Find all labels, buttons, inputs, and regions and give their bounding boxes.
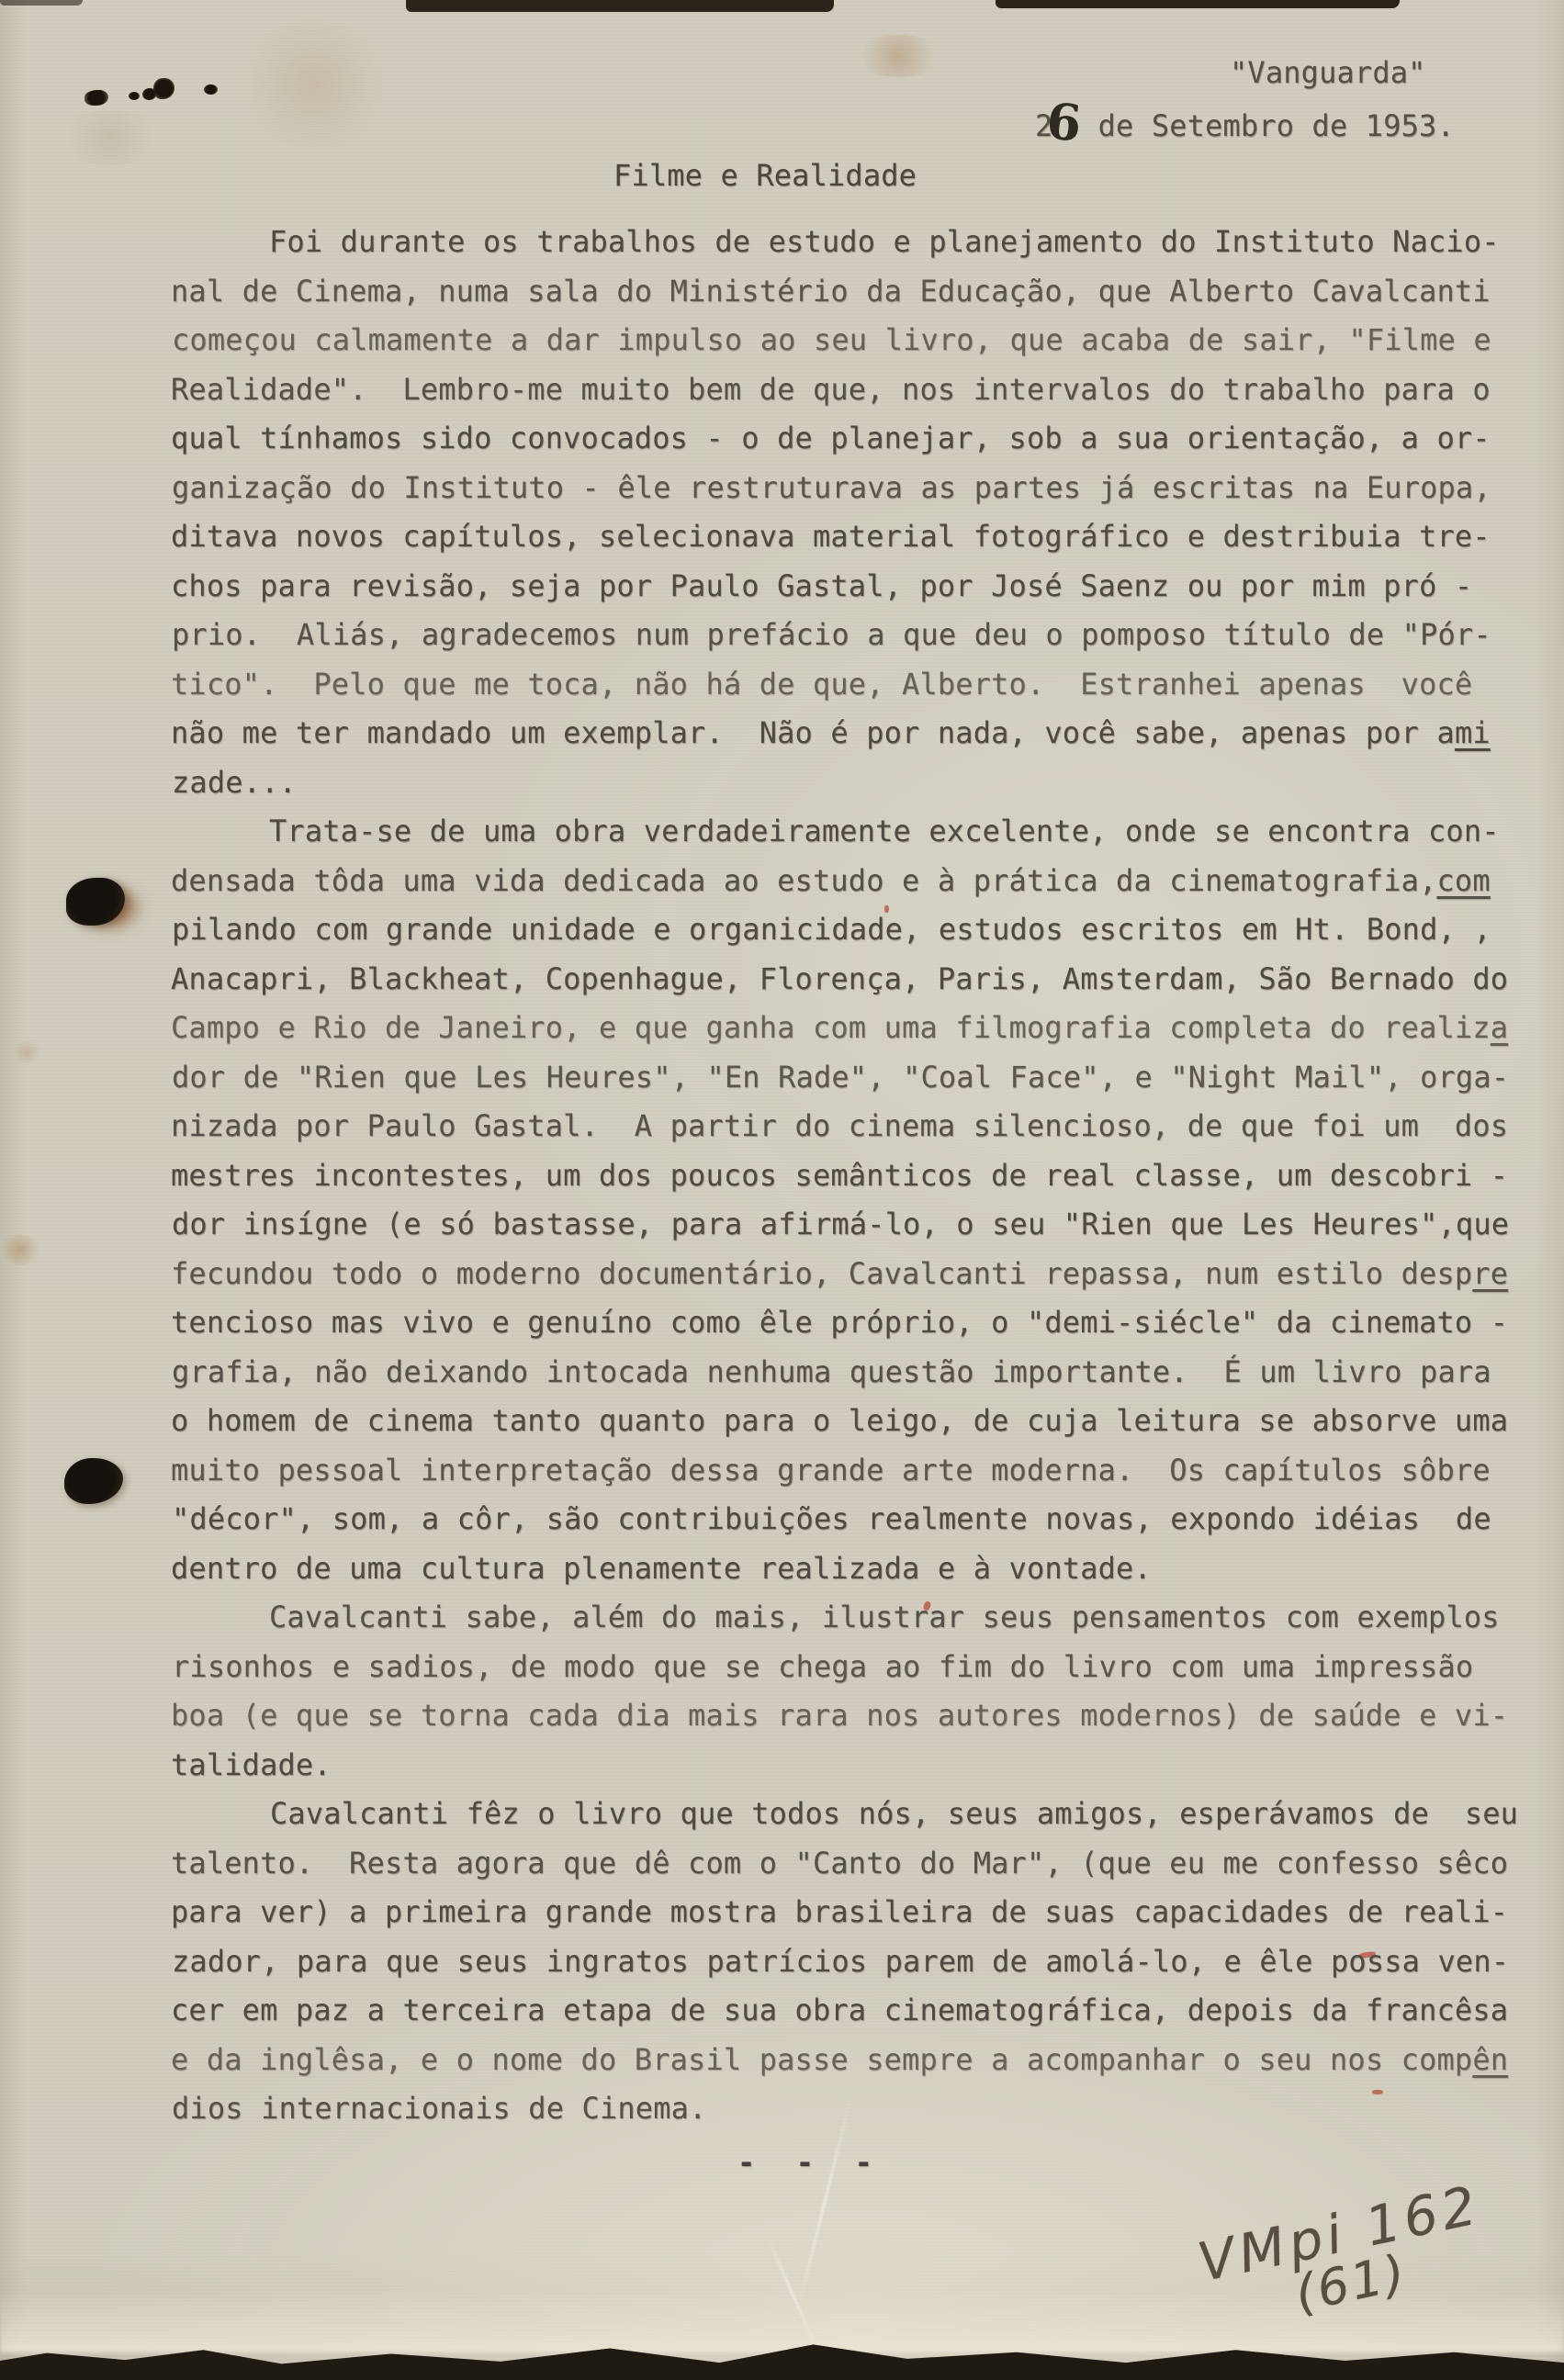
document-body: Foi durante os trabalhos de estudo e pla…	[171, 224, 1516, 2140]
text-line: Campo e Rio de Janeiro, e que ganha com …	[171, 1010, 1516, 1060]
text-line: dor insígne (e só bastasse, para afirmá-…	[172, 1207, 1517, 1256]
ink-blot	[64, 1458, 123, 1504]
text-line: cer em paz a terceira etapa de sua obra …	[171, 1993, 1516, 2042]
scan-edge-top	[0, 0, 83, 6]
text-line: o homem de cinema tanto quanto para o le…	[171, 1403, 1516, 1453]
date-rest: de Setembro de 1953.	[1080, 108, 1455, 143]
text-line: "décor", som, a côr, são contribuições r…	[172, 1501, 1517, 1551]
text-line: Anacapri, Blackheat, Copenhague, Florenç…	[171, 961, 1516, 1011]
text-line: muito pessoal interpretação dessa grande…	[171, 1453, 1516, 1502]
scan-edge-top	[406, 0, 834, 12]
document-page: "Vanguarda" 26 de Setembro de 1953. Film…	[0, 0, 1564, 2380]
text-line: e da inglêsa, e o nome do Brasil passe s…	[171, 2042, 1516, 2092]
text-line: ditava novos capítulos, selecionava mate…	[171, 519, 1516, 568]
text-line: para ver) a primeira grande mostra brasi…	[171, 1894, 1516, 1944]
text-line: talidade.	[171, 1747, 1516, 1797]
page-title: Filme e Realidade	[613, 158, 917, 193]
ink-spot	[84, 90, 108, 106]
text-line: nizada por Paulo Gastal. A partir do cin…	[171, 1108, 1516, 1158]
text-line: zade...	[172, 765, 1517, 814]
publication-name: "Vanguarda"	[1230, 55, 1426, 90]
text-line: Cavalcanti sabe, além do mais, ilustrar …	[171, 1600, 1516, 1649]
scan-edge-top	[996, 0, 1400, 8]
text-line: qual tínhamos sido convocados - o de pla…	[171, 421, 1516, 470]
text-line: pilando com grande unidade e organicidad…	[172, 912, 1517, 961]
text-line: densada tôda uma vida dedicada ao estudo…	[171, 863, 1516, 913]
ink-spot	[129, 92, 140, 100]
text-line: tico". Pelo que me toca, não há de que, …	[171, 667, 1516, 716]
text-line: nal de Cinema, numa sala do Ministério d…	[171, 274, 1516, 323]
stain	[13, 1041, 40, 1063]
ink-blot	[66, 878, 125, 926]
stain	[852, 35, 944, 77]
text-line: boa (e que se torna cada dia mais rara n…	[171, 1698, 1516, 1747]
dateline: 26 de Setembro de 1953.	[1035, 108, 1455, 143]
text-line: grafia, não deixando intocada nenhuma qu…	[172, 1354, 1517, 1404]
text-line: prio. Aliás, agradecemos num prefácio a …	[172, 617, 1517, 667]
stain	[0, 1234, 40, 1265]
text-line: mestres incontestes, um dos poucos semân…	[171, 1158, 1516, 1207]
text-line: Realidade". Lembro-me muito bem de que, …	[171, 372, 1516, 421]
page-separator: - - -	[737, 2145, 874, 2180]
text-line: tencioso mas vivo e genuíno como êle pró…	[171, 1305, 1516, 1354]
ink-spot	[153, 78, 174, 99]
stain	[55, 110, 165, 165]
text-line: dentro de uma cultura plenamente realiza…	[171, 1551, 1516, 1600]
text-line: talento. Resta agora que dê com o "Canto…	[171, 1846, 1516, 1895]
stain	[231, 20, 397, 149]
text-line: Cavalcanti fêz o livro que todos nós, se…	[172, 1796, 1517, 1846]
text-line: Foi durante os trabalhos de estudo e pla…	[171, 224, 1516, 274]
text-line: fecundou todo o moderno documentário, Ca…	[171, 1256, 1516, 1306]
text-line: zador, para que seus ingratos patrícios …	[172, 1944, 1517, 1993]
text-line: risonhos e sadios, de modo que se chega …	[172, 1649, 1517, 1699]
text-line: começou calmamente a dar impulso ao seu …	[172, 322, 1517, 372]
text-line: dios internacionais de Cinema.	[172, 2091, 1517, 2140]
text-line: ganização do Instituto - êle restruturav…	[172, 470, 1517, 520]
handwritten-digit: 6	[1047, 120, 1082, 123]
text-line: chos para revisão, seja por Paulo Gastal…	[171, 568, 1516, 618]
text-line: dor de "Rien que Les Heures", "En Rade",…	[172, 1060, 1517, 1109]
text-line: Trata-se de uma obra verdadeiramente exc…	[171, 814, 1516, 863]
ink-spot	[204, 84, 218, 95]
text-line: não me ter mandado um exemplar. Não é po…	[171, 715, 1516, 765]
